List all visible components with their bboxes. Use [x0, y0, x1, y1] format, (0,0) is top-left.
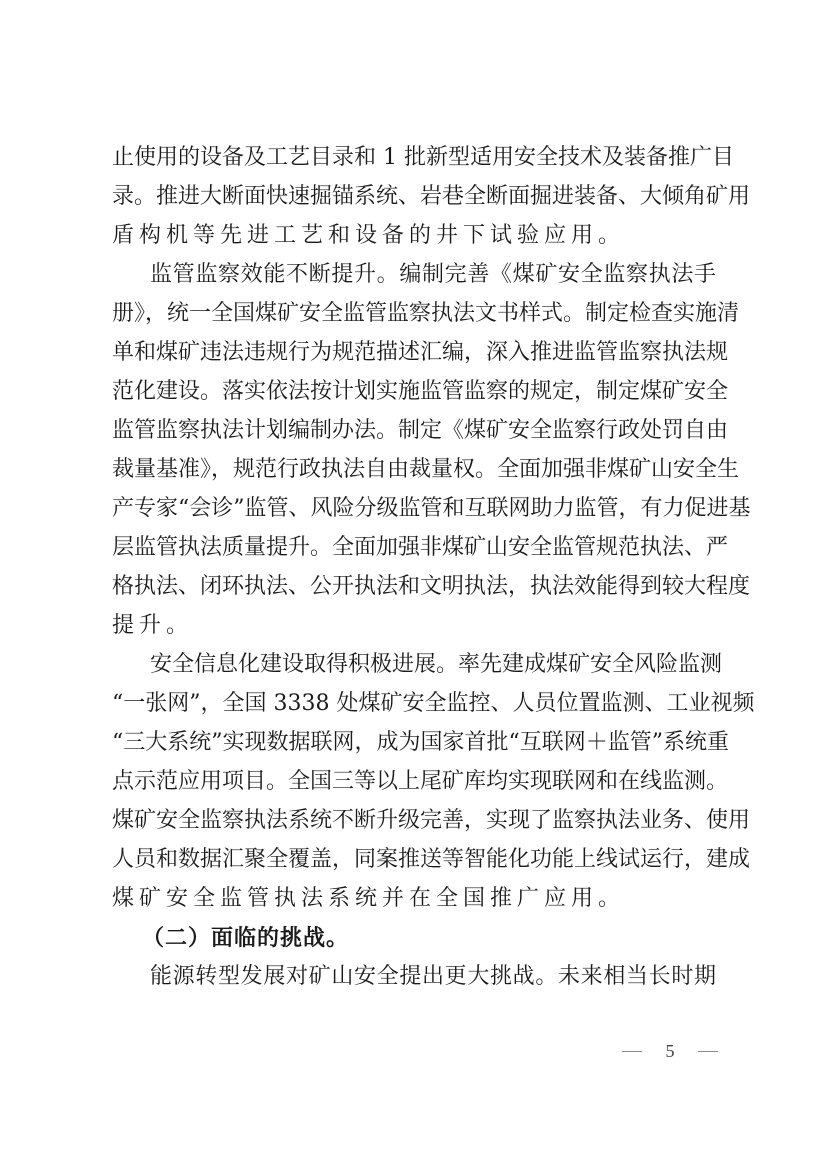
text-line: “三大系统”实现数据联网，成为国家首批“互联网＋监管”系统重 [112, 725, 716, 764]
text-line: 盾构机等先进工艺和设备的井下试验应用。 [112, 218, 716, 257]
text-line: 煤矿安全监察执法系统不断升级完善，实现了监察执法业务、使用 [112, 803, 716, 842]
paragraph-start-line: 监管监察效能不断提升。编制完善《煤矿安全监察执法手 [112, 257, 716, 296]
text-line: 人员和数据汇聚全覆盖，同案推送等智能化功能上线试运行，建成 [112, 842, 716, 881]
text-line: 裁量基准》，规范行政执法自由裁量权。全面加强非煤矿山安全生 [112, 452, 716, 491]
text-line: “一张网”，全国 3338 处煤矿安全监控、人员位置监测、工业视频 [112, 686, 716, 725]
paragraph-start-line: 安全信息化建设取得积极进展。率先建成煤矿安全风险监测 [112, 647, 716, 686]
text-line: 单和煤矿违法违规行为规范描述汇编，深入推进监管监察执法规 [112, 335, 716, 374]
text-line: 录。推进大断面快速掘锚系统、岩巷全断面掘进装备、大倾角矿用 [112, 179, 716, 218]
text-line: 监管监察执法计划编制办法。制定《煤矿安全监察行政处罚自由 [112, 413, 716, 452]
document-body: 止使用的设备及工艺目录和 1 批新型适用安全技术及装备推广目 录。推进大断面快速… [112, 140, 716, 998]
section-heading: （二）面临的挑战。 [112, 920, 716, 959]
page-number: 5 [622, 1040, 718, 1062]
text-line: 提升。 [112, 608, 716, 647]
dash-left [622, 1051, 642, 1052]
text-line: 止使用的设备及工艺目录和 1 批新型适用安全技术及装备推广目 [112, 140, 716, 179]
text-line: 产专家“会诊”监管、风险分级监管和互联网助力监管，有力促进基 [112, 491, 716, 530]
text-line: 范化建设。落实依法按计划实施监管监察的规定，制定煤矿安全 [112, 374, 716, 413]
text-line: 层监管执法质量提升。全面加强非煤矿山安全监管规范执法、严 [112, 530, 716, 569]
page-number-value: 5 [666, 1041, 675, 1062]
text-line: 格执法、闭环执法、公开执法和文明执法，执法效能得到较大程度 [112, 569, 716, 608]
dash-right [698, 1051, 718, 1052]
paragraph-start-line: 能源转型发展对矿山安全提出更大挑战。未来相当长时期 [112, 959, 716, 998]
text-line: 册》，统一全国煤矿安全监管监察执法文书样式。制定检查实施清 [112, 296, 716, 335]
text-line: 点示范应用项目。全国三等以上尾矿库均实现联网和在线监测。 [112, 764, 716, 803]
text-line: 煤矿安全监管执法系统并在全国推广应用。 [112, 881, 716, 920]
